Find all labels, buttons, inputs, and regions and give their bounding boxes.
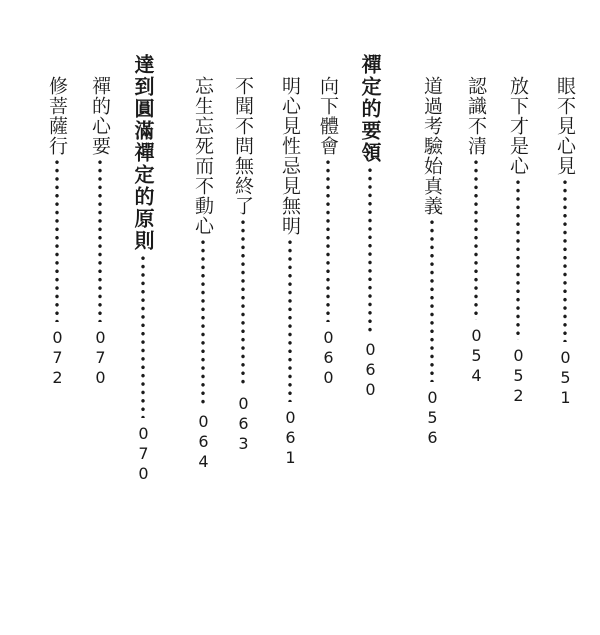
entry-page-number: 060 — [360, 340, 380, 400]
dot-leader — [288, 238, 292, 402]
entry-title: 放下才是心 — [505, 76, 531, 176]
dot-leader — [563, 178, 567, 342]
entry-page-number: 060 — [318, 328, 338, 388]
entry-title: 向下體會 — [315, 76, 341, 156]
toc-entry[interactable]: 不聞不問無終了 063 — [230, 76, 256, 454]
toc-section-heading[interactable]: 禪定的要領 060 — [357, 54, 383, 400]
entry-title: 達到圓滿禪定的原則 — [130, 54, 156, 252]
entry-title: 修菩薩行 — [44, 76, 70, 156]
entry-title: 眼不見心見 — [552, 76, 578, 176]
dot-leader — [55, 158, 59, 322]
entry-page-number: 054 — [466, 326, 486, 386]
table-of-contents: 眼不見心見 051 放下才是心 052 認識不清 054 道過考驗始真義 056… — [0, 0, 600, 635]
dot-leader — [326, 158, 330, 322]
toc-entry[interactable]: 放下才是心 052 — [505, 76, 531, 406]
entry-page-number: 070 — [133, 424, 153, 484]
dot-leader — [474, 158, 478, 320]
entry-title: 認識不清 — [463, 76, 489, 156]
entry-page-number: 072 — [47, 328, 67, 388]
toc-entry[interactable]: 明心見性忌見無明 061 — [277, 76, 303, 468]
entry-page-number: 063 — [233, 394, 253, 454]
dot-leader — [98, 158, 102, 322]
dot-leader — [368, 166, 372, 334]
entry-title: 明心見性忌見無明 — [277, 76, 303, 236]
entry-page-number: 051 — [555, 348, 575, 408]
toc-section-heading[interactable]: 達到圓滿禪定的原則 070 — [130, 54, 156, 484]
toc-entry[interactable]: 忘生忘死而不動心 064 — [190, 76, 216, 472]
toc-entry[interactable]: 向下體會 060 — [315, 76, 341, 388]
toc-entry[interactable]: 認識不清 054 — [463, 76, 489, 386]
dot-leader — [241, 218, 245, 388]
dot-leader — [516, 178, 520, 340]
entry-page-number: 070 — [90, 328, 110, 388]
dot-leader — [141, 254, 145, 418]
entry-page-number: 052 — [508, 346, 528, 406]
entry-title: 禪定的要領 — [357, 54, 383, 164]
entry-page-number: 056 — [422, 388, 442, 448]
toc-entry[interactable]: 禪的心要 070 — [87, 76, 113, 388]
entry-title: 道過考驗始真義 — [419, 76, 445, 216]
toc-entry[interactable]: 眼不見心見 051 — [552, 76, 578, 408]
toc-entry[interactable]: 道過考驗始真義 056 — [419, 76, 445, 448]
entry-page-number: 061 — [280, 408, 300, 468]
dot-leader — [430, 218, 434, 382]
toc-entry[interactable]: 修菩薩行 072 — [44, 76, 70, 388]
entry-page-number: 064 — [193, 412, 213, 472]
entry-title: 不聞不問無終了 — [230, 76, 256, 216]
entry-title: 忘生忘死而不動心 — [190, 76, 216, 236]
dot-leader — [201, 238, 205, 406]
entry-title: 禪的心要 — [87, 76, 113, 156]
